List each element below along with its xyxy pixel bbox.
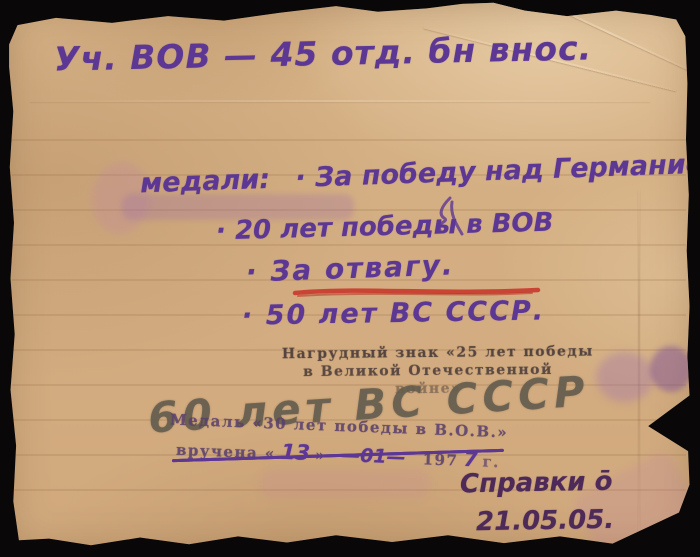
stamp-medal-30-line2: вручена « 13 » —01— 197 7 г. bbox=[176, 436, 501, 472]
issued-year-digit: 7 bbox=[463, 447, 478, 472]
paper-card: Уч. ВОВ — 45 отд. бн внос. медали: · За … bbox=[0, 0, 700, 557]
medals-label: медали: bbox=[140, 164, 271, 200]
medal-item-3: · За отвагу. bbox=[245, 248, 455, 288]
crease-line bbox=[638, 190, 640, 540]
footer-note-line1: Справки о̄ bbox=[460, 467, 613, 500]
ink-smudge bbox=[596, 352, 654, 402]
medal-item-1: · За победу над Германией· bbox=[295, 148, 700, 194]
medal-item-4: · 50 лет ВС СССР. bbox=[242, 295, 546, 331]
footer-note-line2: 21.05.05. bbox=[476, 505, 615, 537]
ink-blot bbox=[650, 346, 692, 392]
medal-item-2: · 20 лет победы в ВОВ bbox=[216, 208, 554, 247]
stray-ink-mark bbox=[416, 192, 466, 240]
ink-smudge bbox=[260, 470, 430, 498]
scan-background: Уч. ВОВ — 45 отд. бн внос. медали: · За … bbox=[0, 0, 700, 557]
note-header: Уч. ВОВ — 45 отд. бн внос. bbox=[54, 28, 593, 78]
crease-line bbox=[30, 100, 650, 102]
issued-day: 13 bbox=[281, 440, 311, 465]
ink-smudge bbox=[570, 448, 700, 557]
